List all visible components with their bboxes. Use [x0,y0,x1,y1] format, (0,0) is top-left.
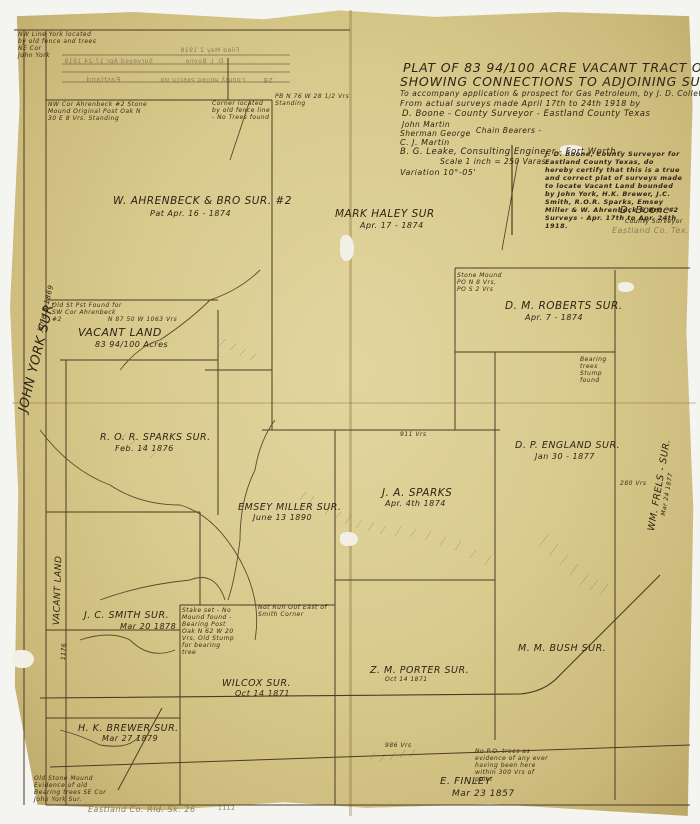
survey-jc-smith-date: Mar 20 1878 [120,622,176,631]
note-corner-fence: Corner located by old fence line - No Tr… [212,100,274,121]
survey-wilcox-date: Oct 14 1871 [235,689,290,698]
archive-ref: 1112 [218,805,235,812]
survey-england: D. P. England Sur. [515,440,620,451]
map-title-line1: Plat of 83 94/100 Acre Vacant Tract of L… [403,60,700,75]
filing-surveyed: Surveyed Apr 17-24 1918 [64,58,153,65]
survey-jc-smith: J. C. Smith Sur. [84,610,169,621]
survey-emsey-miller: Emsey Miller Sur. [238,502,341,513]
survey-ja-sparks-date: Apr. 4th 1874 [385,499,446,508]
variation-line: Variation 10°-05' [400,168,476,178]
filing-sketch-no: 26 [263,76,273,84]
paper-tear [340,235,354,261]
note-roberts-nw: Stone Mound PO N 8 Vrs, PO S 2 Vrs [457,272,507,293]
filing-county: Eastland [86,76,120,84]
note-distance-2: 280 Vrs [620,480,647,487]
survey-porter: Z. M. Porter Sur. [370,665,469,676]
scale-line: Scale 1 inch = 250 Varas [440,157,546,167]
survey-brewer: H. K. Brewer Sur. [78,723,179,734]
survey-ahrenbeck-date: Pat Apr. 16 - 1874 [150,209,231,218]
note-smith-corner: Stake set - No Mound found - Bearing Pos… [182,607,237,656]
paper-tear [618,282,634,292]
survey-ror-sparks: R. O. R. Sparks Sur. [100,432,211,443]
map-title-line2: Showing Connections to Adjoining Surveys [400,74,700,89]
surveyor-signature: D. Boone [620,205,670,216]
note-ne-cor: NE Cor John York [18,45,58,59]
footer-date: Mar 23 1857 [452,789,515,799]
survey-porter-date: Oct 14 1871 [385,676,428,683]
survey-roberts: D. M. Roberts Sur. [505,300,623,312]
note-brewer: Old Stone Mound Evidence of old Bearing … [34,775,114,803]
paper-tear [12,650,34,668]
filing-by: D. J. Boone [185,58,223,65]
note-not-run: Not Run Out East of Smith Corner [258,604,328,618]
survey-ror-sparks-date: Feb. 14 1876 [115,444,174,453]
map-subtitle-2: From actual surveys made April 17th to 2… [400,99,641,109]
survey-emsey-miller-date: June 13 1890 [253,513,312,522]
survey-wilcox: Wilcox Sur. [222,678,291,689]
paper-tear [340,532,358,546]
vacant-land-acres: 83 94/100 Acres [95,340,168,349]
county-note: Eastland Co. Tex. [612,226,689,235]
survey-brewer-date: Mar 27 1879 [102,734,158,743]
note-vacant-bearing: N 87 50 W 1063 Vrs [108,316,177,323]
map-subtitle-1: To accompany application & prospect for … [400,89,700,99]
survey-ja-sparks: J. A. Sparks [382,487,452,499]
filing-sketch: County Rolled Sketch No [160,76,245,83]
survey-ahrenbeck: W. Ahrenbeck & Bro Sur. #2 [113,195,292,207]
survey-bush: M. M. Bush Sur. [518,643,606,654]
archive-label: Eastland Co. Rld. Sk. 26 [88,805,196,814]
vacant-strip-number: 1176 [60,643,68,661]
note-distance-1: 911 Vrs [400,431,427,438]
survey-haley: Mark Haley Sur [335,208,435,220]
survey-england-date: Jan 30 - 1877 [535,452,595,461]
note-roberts-se: Bearing trees Stump found [580,356,620,384]
survey-lines [0,0,700,824]
note-distance-3: 986 Vrs [385,742,412,749]
survey-vacant-land: Vacant Land [78,326,162,339]
note-ahrenbeck-corner: NW Cor Ahrenbeck #2 Stone Mound Original… [48,101,148,122]
chain-bearers-label: Chain Bearers - [476,126,541,136]
note-nw-corner: NW Line York located by old fence and tr… [18,31,98,45]
signature-title: County Surveyor [625,218,683,225]
filing-filed: Filed May 2 1918 [180,47,239,54]
footer-name: E. Finley [440,776,491,787]
survey-roberts-date: Apr. 7 - 1874 [525,313,583,322]
map-subtitle-3: D. Boone - County Surveyor - Eastland Co… [402,109,650,119]
note-pb-ne: PB N 76 W 28 1/2 Vrs Standing [275,93,365,107]
survey-haley-date: Apr. 17 - 1874 [360,221,424,230]
